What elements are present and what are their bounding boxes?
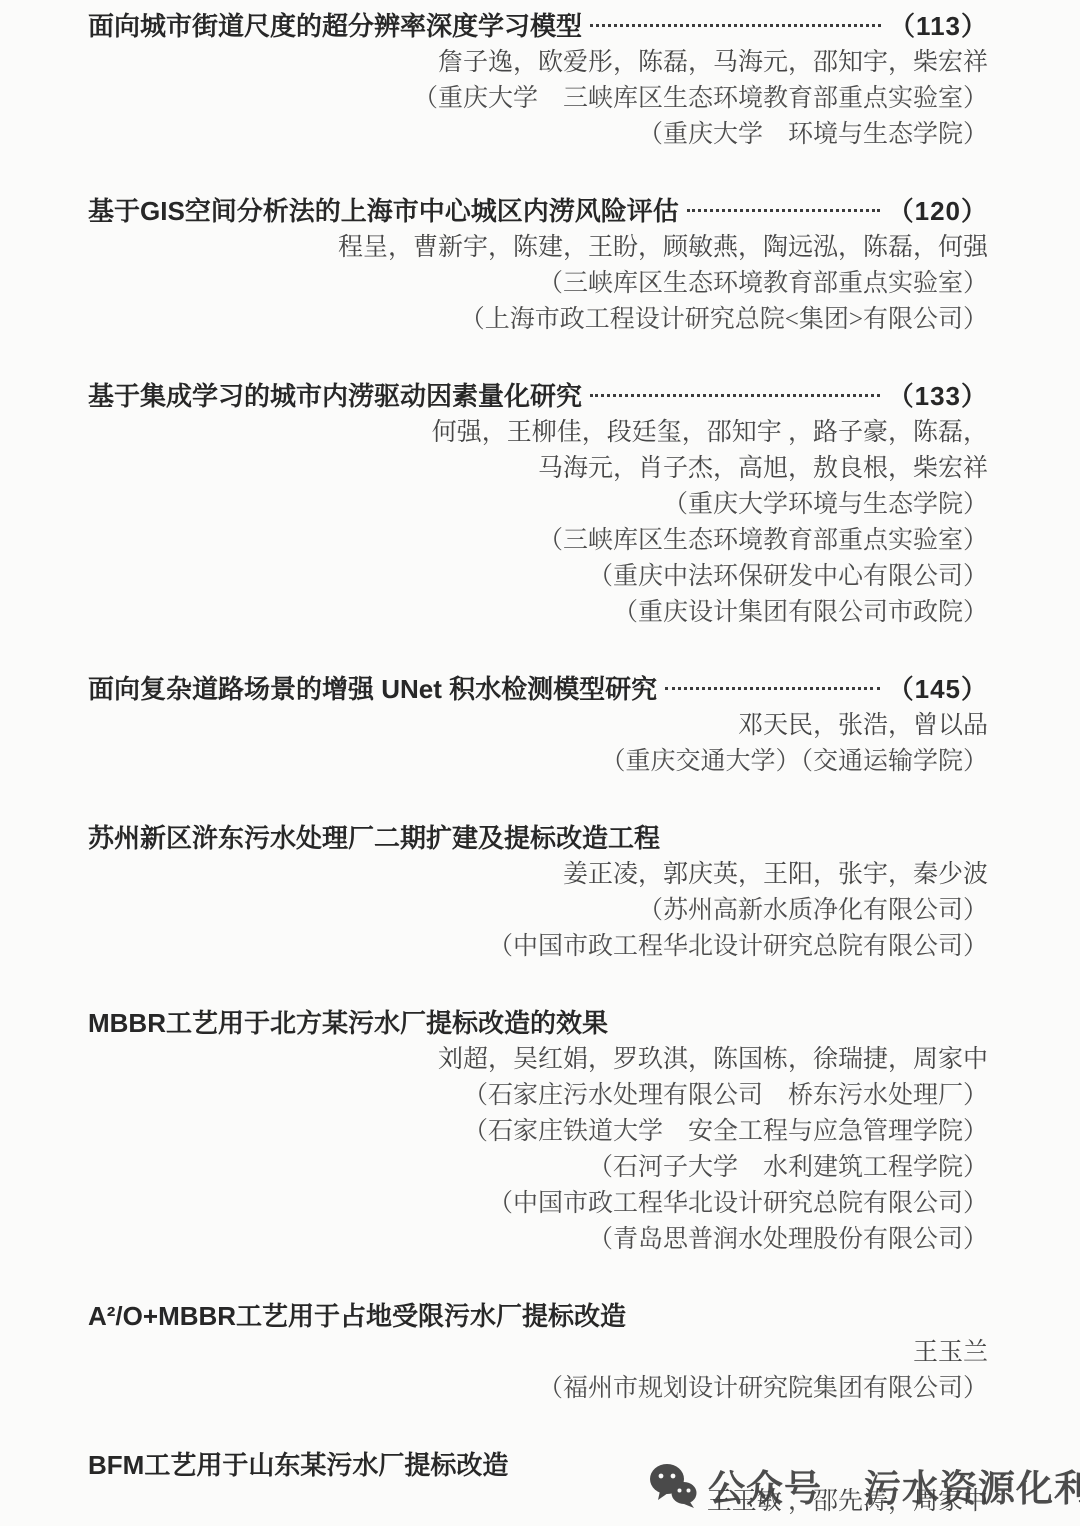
page-number: （145） — [888, 671, 988, 708]
affiliation-line: （石家庄铁道大学 安全工程与应急管理学院） — [88, 1114, 988, 1150]
toc-entry: MBBR工艺用于北方某污水厂提标改造的效果 刘超，吴红娟，罗玖淇，陈国栋，徐瑞捷… — [88, 1005, 988, 1258]
author-line: 马海元，肖子杰，高旭，敖良根，柴宏祥 — [88, 451, 988, 487]
entry-title: 基于GIS空间分析法的上海市中心城区内涝风险评估 — [88, 193, 679, 230]
entry-title: 基于集成学习的城市内涝驱动因素量化研究 — [88, 378, 582, 415]
affiliation-line: （重庆交通大学）（交通运输学院） — [88, 744, 988, 780]
affiliation-line: （上海市政工程设计研究总院<集团>有限公司） — [88, 302, 988, 338]
entry-title-row: 基于集成学习的城市内涝驱动因素量化研究 （133） — [88, 378, 988, 415]
wechat-icon — [648, 1462, 698, 1508]
affiliation-line: （石河子大学 水利建筑工程学院） — [88, 1150, 988, 1186]
watermark-name: 污水资源化利用 — [864, 1458, 1080, 1512]
affiliation-line: （中国市政工程华北设计研究总院有限公司） — [88, 1186, 988, 1222]
entry-title: BFM工艺用于山东某污水厂提标改造 — [88, 1447, 508, 1484]
toc-entry: 面向城市街道尺度的超分辨率深度学习模型 （113） 詹子逸，欧爱彤，陈磊，马海元… — [88, 8, 988, 153]
entry-title-row: 面向复杂道路场景的增强 UNet 积水检测模型研究 （145） — [88, 671, 988, 708]
author-line: 程呈，曹新宇，陈建，王盼，顾敏燕，陶远泓，陈磊，何强 — [88, 230, 988, 266]
dotted-leader — [590, 24, 881, 27]
affiliation-line: （三峡库区生态环境教育部重点实验室） — [88, 266, 988, 302]
entry-title-row: A²/O+MBBR工艺用于占地受限污水厂提标改造 — [88, 1298, 988, 1335]
author-line: 姜正凌，郭庆英，王阳，张宇，秦少波 — [88, 857, 988, 893]
affiliation-line: （中国市政工程华北设计研究总院有限公司） — [88, 929, 988, 965]
affiliation-line: （重庆中法环保研发中心有限公司） — [88, 559, 988, 595]
affiliation-line: （三峡库区生态环境教育部重点实验室） — [88, 523, 988, 559]
affiliation-line: （青岛思普润水处理股份有限公司） — [88, 1222, 988, 1258]
watermark: 公众号 污水资源化利用 — [648, 1458, 1080, 1512]
toc-entry: 基于集成学习的城市内涝驱动因素量化研究 （133） 何强，王柳佳，段廷玺，邵知宇… — [88, 378, 988, 631]
entry-title: A²/O+MBBR工艺用于占地受限污水厂提标改造 — [88, 1298, 626, 1335]
toc-entry: 面向复杂道路场景的增强 UNet 积水检测模型研究 （145） 邓天民，张浩，曾… — [88, 671, 988, 780]
author-line: 刘超，吴红娟，罗玖淇，陈国栋，徐瑞捷，周家中 — [88, 1042, 988, 1078]
affiliation-line: （苏州高新水质净化有限公司） — [88, 893, 988, 929]
page-number: （120） — [888, 193, 988, 230]
author-line: 王玉兰 — [88, 1335, 988, 1371]
affiliation-line: （福州市规划设计研究院集团有限公司） — [88, 1371, 988, 1407]
affiliation-line: （重庆设计集团有限公司市政院） — [88, 595, 988, 631]
entry-title: MBBR工艺用于北方某污水厂提标改造的效果 — [88, 1005, 608, 1042]
author-line: 詹子逸，欧爱彤，陈磊，马海元，邵知宇，柴宏祥 — [88, 45, 988, 81]
page-number: （133） — [888, 378, 988, 415]
entry-title-row: 面向城市街道尺度的超分辨率深度学习模型 （113） — [88, 8, 988, 45]
entry-title: 面向复杂道路场景的增强 UNet 积水检测模型研究 — [88, 671, 657, 708]
entry-title: 苏州新区浒东污水处理厂二期扩建及提标改造工程 — [88, 820, 660, 857]
toc-page: 面向城市街道尺度的超分辨率深度学习模型 （113） 詹子逸，欧爱彤，陈磊，马海元… — [0, 0, 1080, 1520]
affiliation-line: （重庆大学环境与生态学院） — [88, 487, 988, 523]
toc-entry: 苏州新区浒东污水处理厂二期扩建及提标改造工程 姜正凌，郭庆英，王阳，张宇，秦少波… — [88, 820, 988, 965]
affiliation-line: （重庆大学 环境与生态学院） — [88, 117, 988, 153]
author-line: 邓天民，张浩，曾以品 — [88, 708, 988, 744]
toc-entry: 基于GIS空间分析法的上海市中心城区内涝风险评估 （120） 程呈，曹新宇，陈建… — [88, 193, 988, 338]
entry-title-row: MBBR工艺用于北方某污水厂提标改造的效果 — [88, 1005, 988, 1042]
dotted-leader — [590, 394, 880, 397]
entry-title-row: 基于GIS空间分析法的上海市中心城区内涝风险评估 （120） — [88, 193, 988, 230]
dotted-leader — [687, 209, 880, 212]
entry-title: 面向城市街道尺度的超分辨率深度学习模型 — [88, 8, 582, 45]
author-line: 何强，王柳佳，段廷玺，邵知宇 ，路子豪，陈磊， — [88, 415, 988, 451]
toc-entry: A²/O+MBBR工艺用于占地受限污水厂提标改造 王玉兰 （福州市规划设计研究院… — [88, 1298, 988, 1407]
affiliation-line: （石家庄污水处理有限公司 桥东污水处理厂） — [88, 1078, 988, 1114]
entry-title-row: 苏州新区浒东污水处理厂二期扩建及提标改造工程 — [88, 820, 988, 857]
watermark-prefix: 公众号 — [708, 1458, 822, 1512]
page-number: （113） — [889, 8, 988, 45]
affiliation-line: （重庆大学 三峡库区生态环境教育部重点实验室） — [88, 81, 988, 117]
dotted-leader — [665, 687, 879, 690]
